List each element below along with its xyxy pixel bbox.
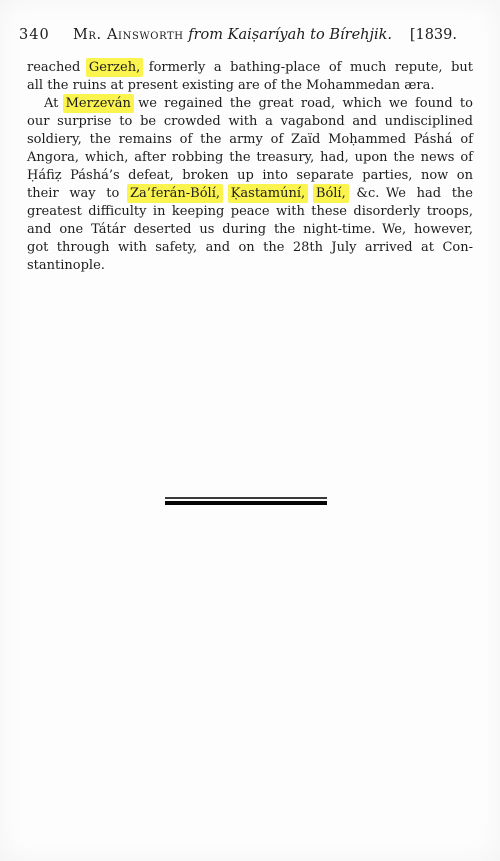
page-number: 340 xyxy=(19,26,50,44)
divider-thin-rule xyxy=(165,497,327,499)
text-line: greatest difficulty in keeping peace wit… xyxy=(27,203,473,221)
highlighted-term: Merzeván xyxy=(63,94,134,113)
highlighted-term: Gerzeh, xyxy=(86,58,143,77)
text-line: and one Tátár deserted us during the nig… xyxy=(27,221,473,239)
text-segment: and one Tátár deserted us during the nig… xyxy=(27,222,473,237)
running-title: Mr. Ainsworth from Kaiṣaríyah to Bírehji… xyxy=(60,26,405,44)
highlighted-term: Ḳastamúní, xyxy=(228,184,308,203)
text-segment: our surprise to be crowded with a vagabo… xyxy=(27,114,473,129)
text-segment: got through with safety, and on the 28th… xyxy=(27,240,473,255)
text-segment: all the ruins at present existing are of… xyxy=(27,78,435,93)
highlighted-term: Bólí, xyxy=(313,184,349,203)
text-segment: Angora, which, after robbing the treasur… xyxy=(27,150,473,165)
text-line: their way to Za’ferán-Bólí, Ḳastamúní, B… xyxy=(27,185,473,203)
text-line: Ḥáfiẓ Páshá’s defeat, broken up into sep… xyxy=(27,167,473,185)
divider-thick-rule xyxy=(165,501,327,505)
text-line: our surprise to be crowded with a vagabo… xyxy=(27,113,473,131)
running-title-author: Mr. Ainsworth xyxy=(73,27,184,43)
page-header: 340 Mr. Ainsworth from Kaiṣaríyah to Bír… xyxy=(0,26,500,46)
text-segment: formerly a bathing-place of much repute,… xyxy=(140,60,473,75)
text-segment: soldiery, the remains of the army of Zaï… xyxy=(27,132,473,147)
highlighted-term: Za’ferán-Bólí, xyxy=(127,184,223,203)
text-line: stantinople. xyxy=(27,257,473,275)
text-segment: Ḥáfiẓ Páshá’s defeat, broken up into sep… xyxy=(27,168,473,183)
text-line: reached Gerzeh, formerly a bathing-place… xyxy=(27,59,473,77)
text-line: got through with safety, and on the 28th… xyxy=(27,239,473,257)
text-segment: stantinople. xyxy=(27,258,105,273)
book-page: 340 Mr. Ainsworth from Kaiṣaríyah to Bír… xyxy=(0,0,500,861)
text-segment: we regained the great road, which we fou… xyxy=(131,96,473,111)
text-segment: their way to xyxy=(27,186,130,201)
running-title-italic: from Kaiṣaríyah to Bírehjik. xyxy=(188,27,392,43)
text-line: At Merzeván we regained the great road, … xyxy=(27,95,473,113)
section-divider xyxy=(165,497,327,505)
text-segment: greatest difficulty in keeping peace wit… xyxy=(27,204,473,219)
text-line: all the ruins at present existing are of… xyxy=(27,77,473,95)
text-segment: &c. We had the xyxy=(346,186,473,201)
header-year: [1839. xyxy=(410,26,457,44)
text-line: Angora, which, after robbing the treasur… xyxy=(27,149,473,167)
text-line: soldiery, the remains of the army of Zaï… xyxy=(27,131,473,149)
body-text: reached Gerzeh, formerly a bathing-place… xyxy=(27,59,473,275)
text-segment: reached xyxy=(27,60,89,75)
